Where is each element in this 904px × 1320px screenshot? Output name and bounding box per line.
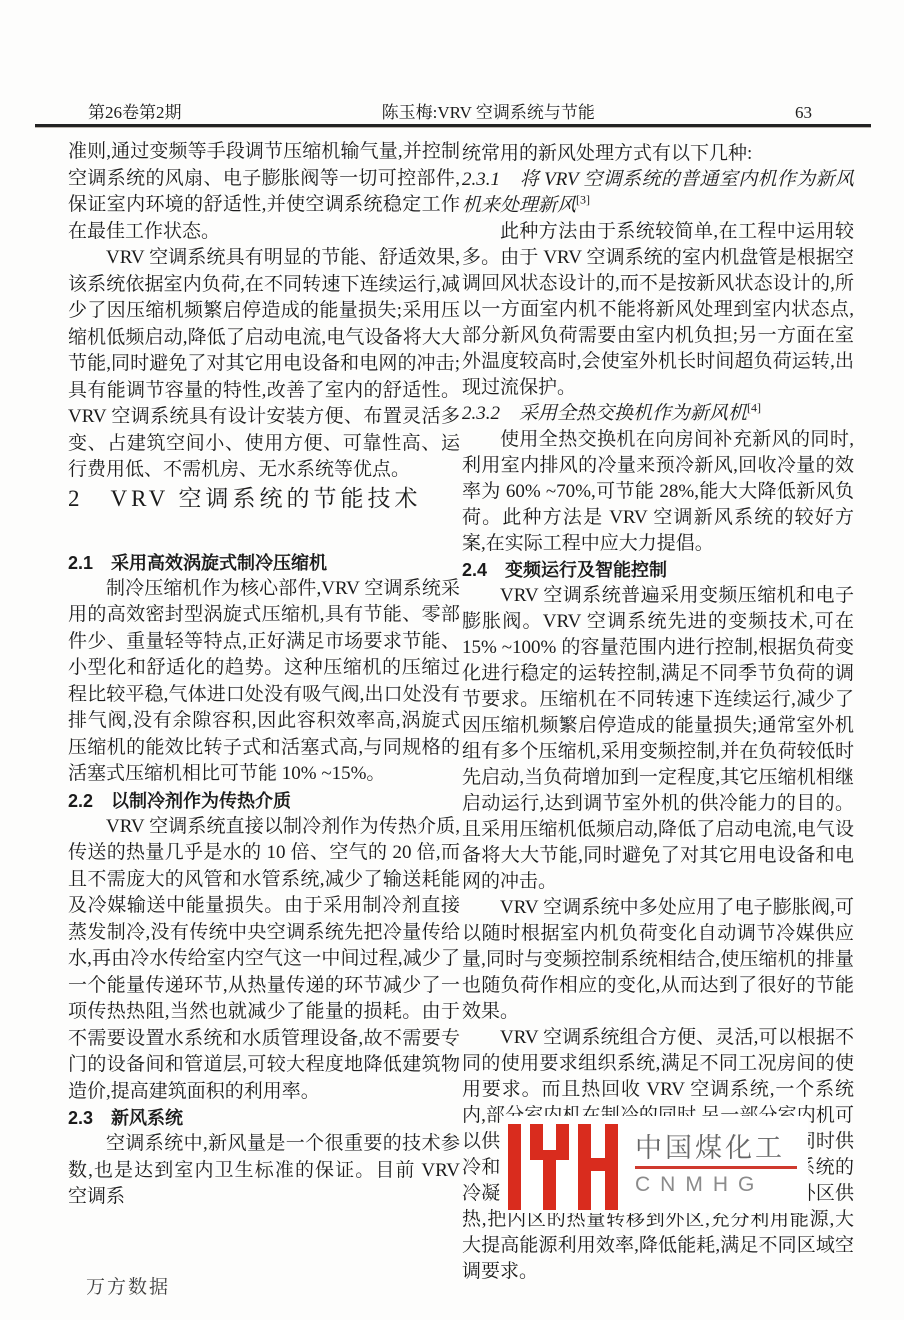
paragraph: VRV 空调系统中多处应用了电子膨胀阀,可以随时根据室内机负荷变化自动调节冷媒供… (462, 895, 854, 1025)
paragraph: 此种方法由于系统较简单,在工程中运用较多。由于 VRV 空调系统的室内机盘管是根… (462, 219, 854, 401)
wanfang-data-mark: 万方数据 (86, 1272, 170, 1299)
paragraph: VRV 空调系统普遍采用变频压缩机和电子膨胀阀。VRV 空调系统先进的变频技术,… (462, 583, 854, 895)
citation-ref-3: [3] (576, 193, 590, 207)
paragraph: 制冷压缩机作为核心部件,VRV 空调系统采用的高效密封型涡旋式压缩机,具有节能、… (68, 576, 460, 788)
right-column: 统常用的新风处理方式有以下几种: 2.3.1 将 VRV 空调系统的普通室内机作… (462, 141, 854, 1285)
volume-issue: 第26卷第2期 (88, 98, 182, 123)
paragraph-continuation: 统常用的新风处理方式有以下几种: (462, 141, 854, 167)
paragraph: VRV 空调系统具有明显的节能、舒适效果,该系统依据室内负荷,在不同转速下连续运… (68, 245, 460, 484)
page-header: 第26卷第2期 陈玉梅:VRV 空调系统与节能 63 (88, 98, 812, 122)
paragraph-continuation: 准则,通过变频等手段调节压缩机输气量,并控制空调系统的风扇、电子膨胀阀等一切可控… (68, 139, 460, 245)
page-number: 63 (795, 103, 812, 123)
section-2-heading: 2 VRV 空调系统的节能技术 (68, 484, 460, 550)
paragraph: 空调系统中,新风量是一个很重要的技术参数,也是达到室内卫生标准的保证。目前 VR… (68, 1131, 460, 1211)
watermark-text-block: 中国煤化工 CNMHG (635, 1133, 797, 1197)
cnmhg-watermark: 中国煤化工 CNMHG (500, 1116, 808, 1213)
paragraph: 使用全热交换机在向房间补充新风的同时,利用室内排风的冷量来预冷新风,回收冷量的效… (462, 427, 854, 557)
watermark-cn-text: 中国煤化工 (635, 1133, 797, 1163)
section-2-4-heading: 2.4 变频运行及智能控制 (462, 557, 854, 583)
cnmhg-logo-icon (506, 1120, 622, 1210)
left-column: 准则,通过变频等手段调节压缩机输气量,并控制空调系统的风扇、电子膨胀阀等一切可控… (68, 139, 460, 1211)
journal-page: 第26卷第2期 陈玉梅:VRV 空调系统与节能 63 准则,通过变频等手段调节压… (0, 0, 904, 1320)
section-2-2-heading: 2.2 以制冷剂作为传热介质 (68, 788, 460, 814)
paragraph: VRV 空调系统直接以制冷剂作为传热介质,传送的热量几乎是水的 10 倍、空气的… (68, 814, 460, 1106)
citation-ref-4: [4] (747, 401, 761, 415)
section-2-3-heading: 2.3 新风系统 (68, 1105, 460, 1131)
watermark-underline (635, 1166, 797, 1169)
section-2-3-1-heading: 2.3.1 将 VRV 空调系统的普通室内机作为新风机来处理新风[3] (462, 167, 854, 219)
watermark-en-text: CNMHG (635, 1173, 797, 1197)
section-2-1-heading: 2.1 采用高效涡旋式制冷压缩机 (68, 550, 460, 576)
section-2-3-2-heading: 2.3.2 采用全热交换机作为新风机[4] (462, 401, 854, 427)
header-rule (35, 124, 871, 128)
running-title: 陈玉梅:VRV 空调系统与节能 (382, 98, 595, 123)
